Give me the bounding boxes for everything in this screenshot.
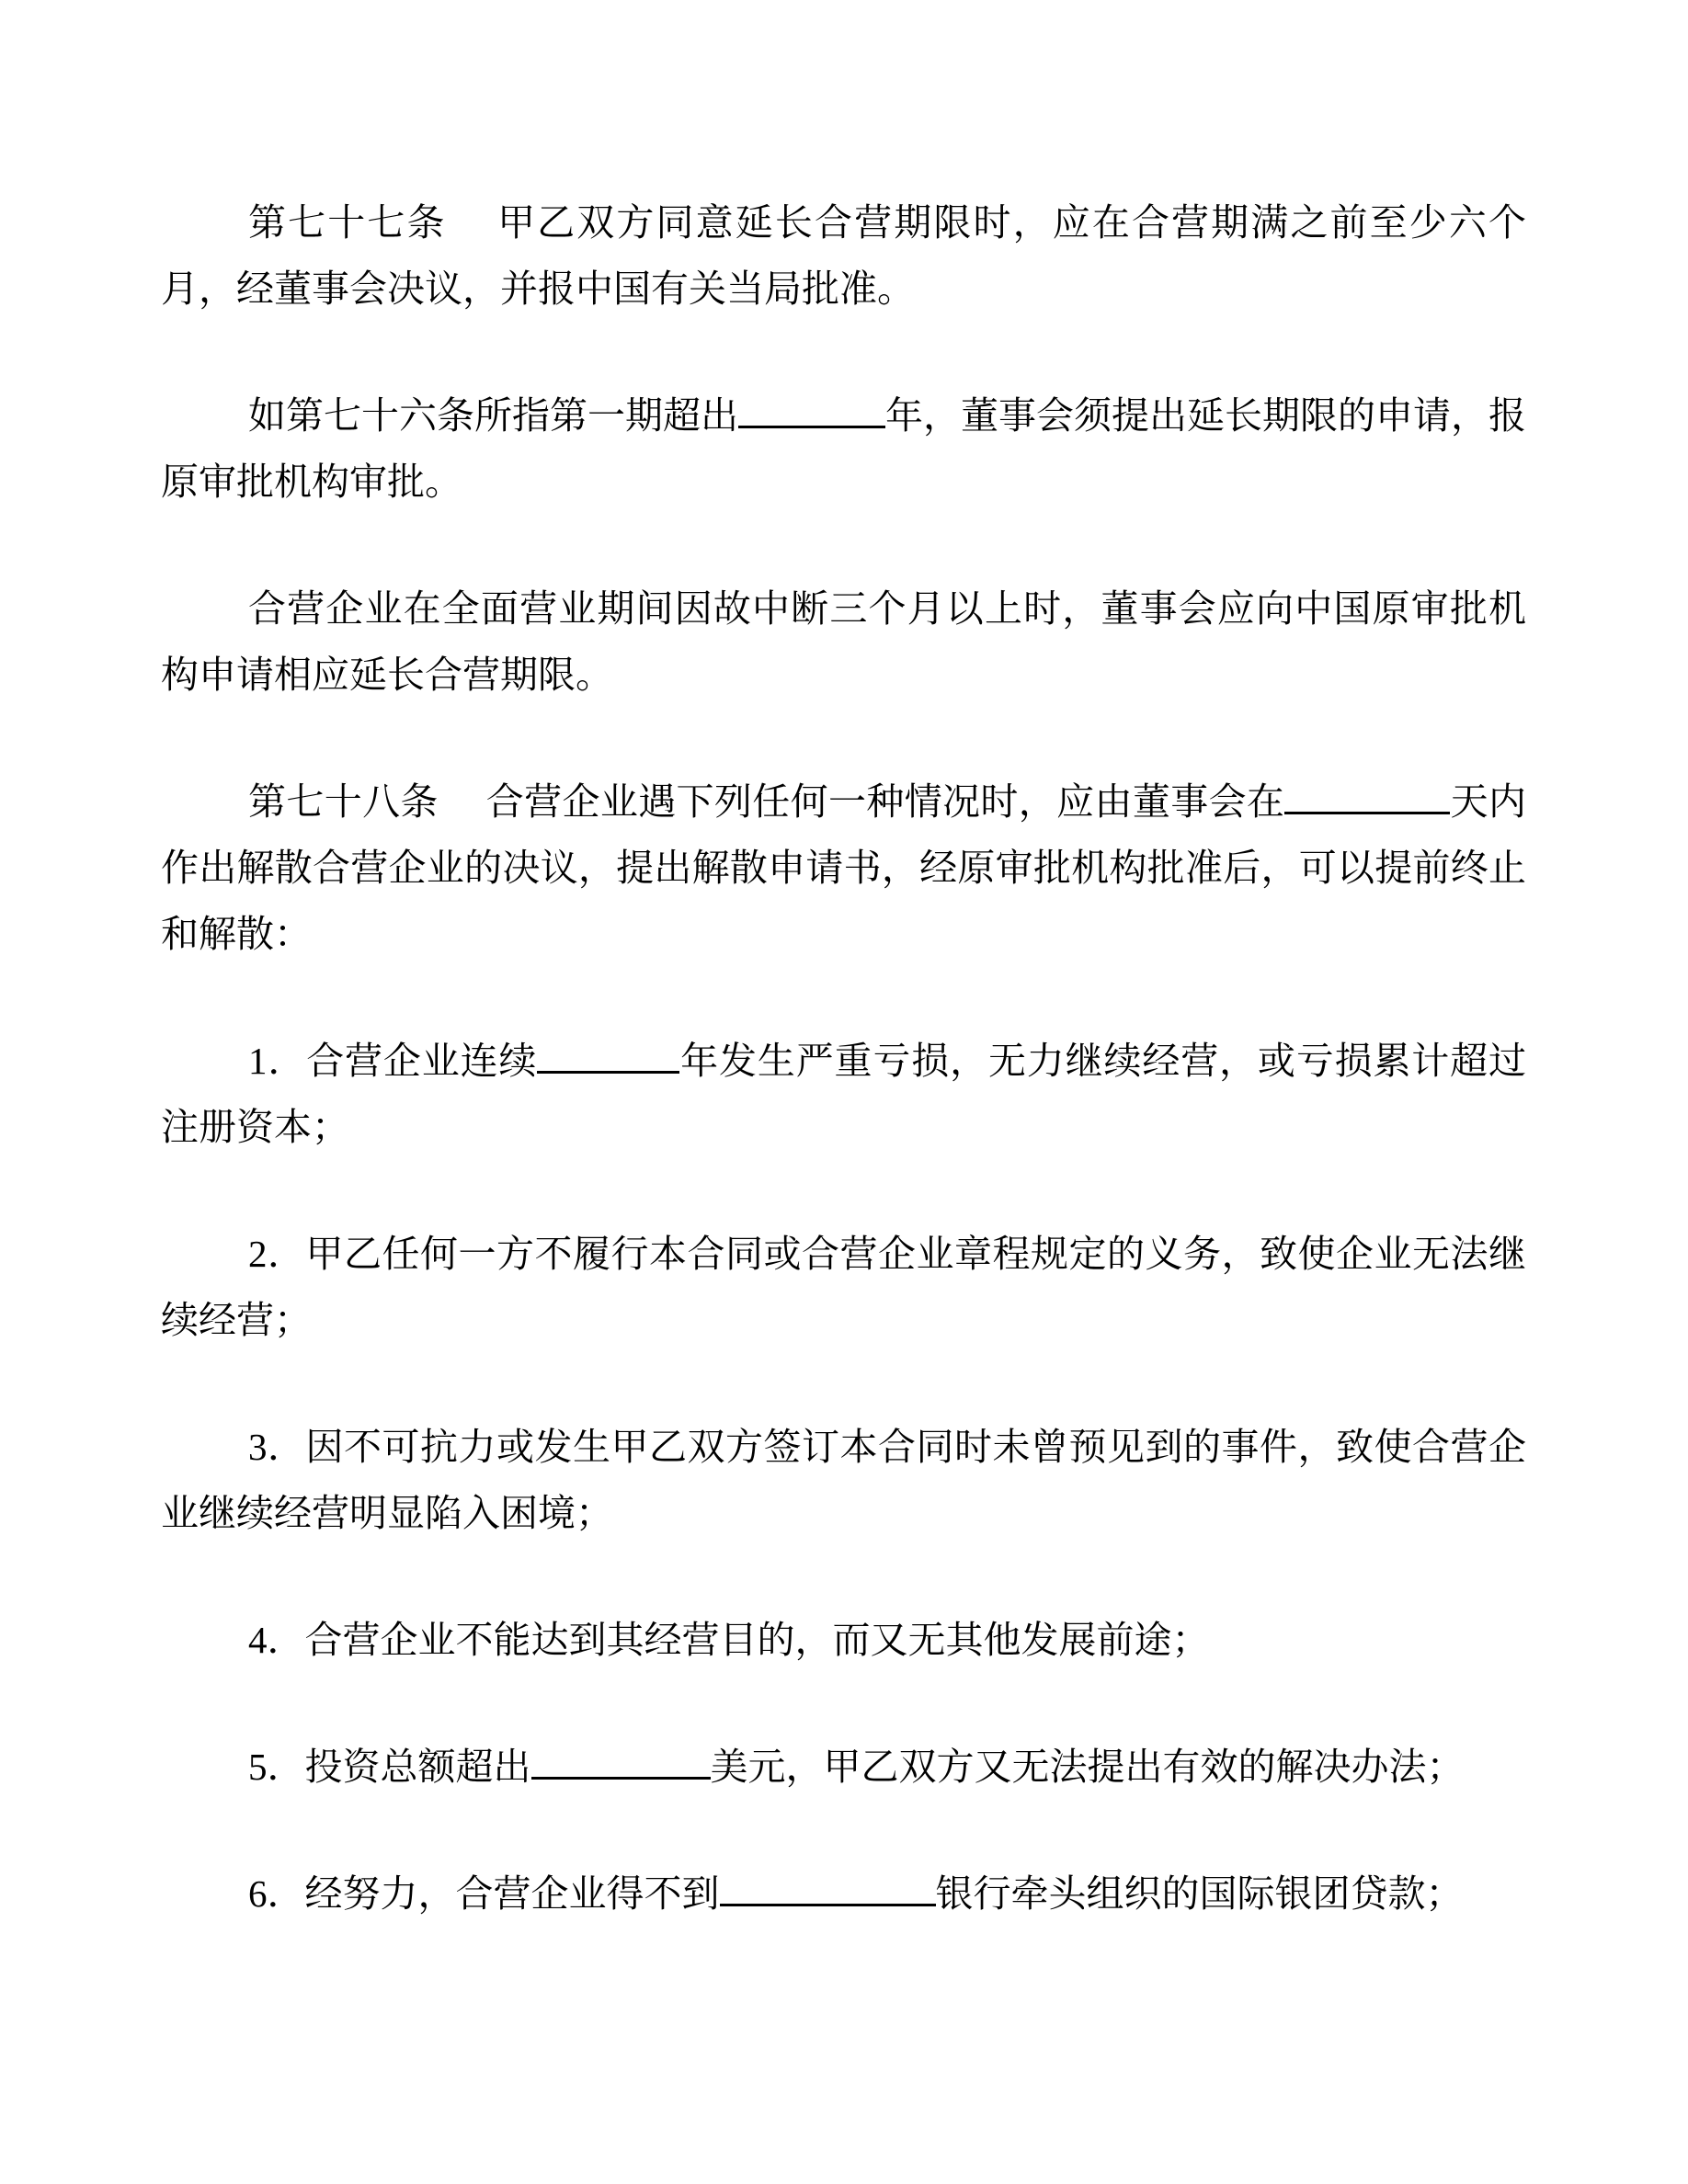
paragraph-text: 4．合营企业不能达到其经营目的，而又无其他发展前途；	[248, 1619, 1210, 1661]
fill-in-blank	[738, 395, 885, 428]
clause-item-3: 3．因不可抗力或发生甲乙双方签订本合同时未曾预见到的事件，致使合营企业继续经营明…	[161, 1414, 1526, 1546]
paragraph-text: 5．投资总额超出	[248, 1746, 531, 1788]
paragraph-text: 美元，甲乙双方又无法提出有效的解决办法；	[711, 1746, 1465, 1788]
fill-in-blank	[720, 1873, 936, 1906]
paragraph-article-77-interruption: 合营企业在全面营业期间因故中断三个月以上时，董事会应向中国原审批机构申请相应延长…	[161, 575, 1526, 708]
paragraph-text: 2．甲乙任何一方不履行本合同或合营企业章程规定的义务，致使企业无法继续经营；	[161, 1233, 1526, 1341]
clause-item-6: 6．经努力，合营企业得不到银行牵头组织的国际银团贷款；	[161, 1860, 1526, 1927]
contract-document-page: 第七十七条 甲乙双方同意延长合营期限时，应在合营期满之前至少六个月，经董事会决议…	[0, 0, 1688, 2184]
paragraph-text: 6．经努力，合营企业得不到	[248, 1872, 720, 1915]
clause-item-2: 2．甲乙任何一方不履行本合同或合营企业章程规定的义务，致使企业无法继续经营；	[161, 1221, 1526, 1353]
paragraph-text: 第七十八条 合营企业遇下列任何一种情况时，应由董事会在	[248, 780, 1284, 823]
paragraph-text: 3．因不可抗力或发生甲乙双方签订本合同时未曾预见到的事件，致使合营企业继续经营明…	[161, 1426, 1526, 1534]
clause-item-5: 5．投资总额超出美元，甲乙双方又无法提出有效的解决办法；	[161, 1734, 1526, 1800]
paragraph-text: 如第七十六条所指第一期超出	[248, 394, 738, 437]
fill-in-blank	[531, 1746, 711, 1780]
fill-in-blank	[1284, 781, 1450, 814]
paragraph-article-78-intro: 第七十八条 合营企业遇下列任何一种情况时，应由董事会在天内作出解散合营企业的决议…	[161, 768, 1526, 967]
paragraph-article-77-intro: 第七十七条 甲乙双方同意延长合营期限时，应在合营期满之前至少六个月，经董事会决议…	[161, 189, 1526, 322]
paragraph-text: 1．合营企业连续	[248, 1040, 537, 1082]
paragraph-text: 合营企业在全面营业期间因故中断三个月以上时，董事会应向中国原审批机构申请相应延长…	[161, 587, 1526, 696]
clause-item-1: 1．合营企业连续年发生严重亏损，无力继续经营，或亏损累计超过注册资本；	[161, 1028, 1526, 1160]
paragraph-text: 第七十七条 甲乙双方同意延长合营期限时，应在合营期满之前至少六个月，经董事会决议…	[161, 201, 1526, 310]
clause-item-4: 4．合营企业不能达到其经营目的，而又无其他发展前途；	[161, 1607, 1526, 1673]
paragraph-text: 银行牵头组织的国际银团贷款；	[936, 1872, 1464, 1915]
paragraph-article-77-first-phase: 如第七十六条所指第一期超出年，董事会须提出延长期限的申请，报原审批机构审批。	[161, 382, 1526, 515]
fill-in-blank	[537, 1041, 679, 1074]
